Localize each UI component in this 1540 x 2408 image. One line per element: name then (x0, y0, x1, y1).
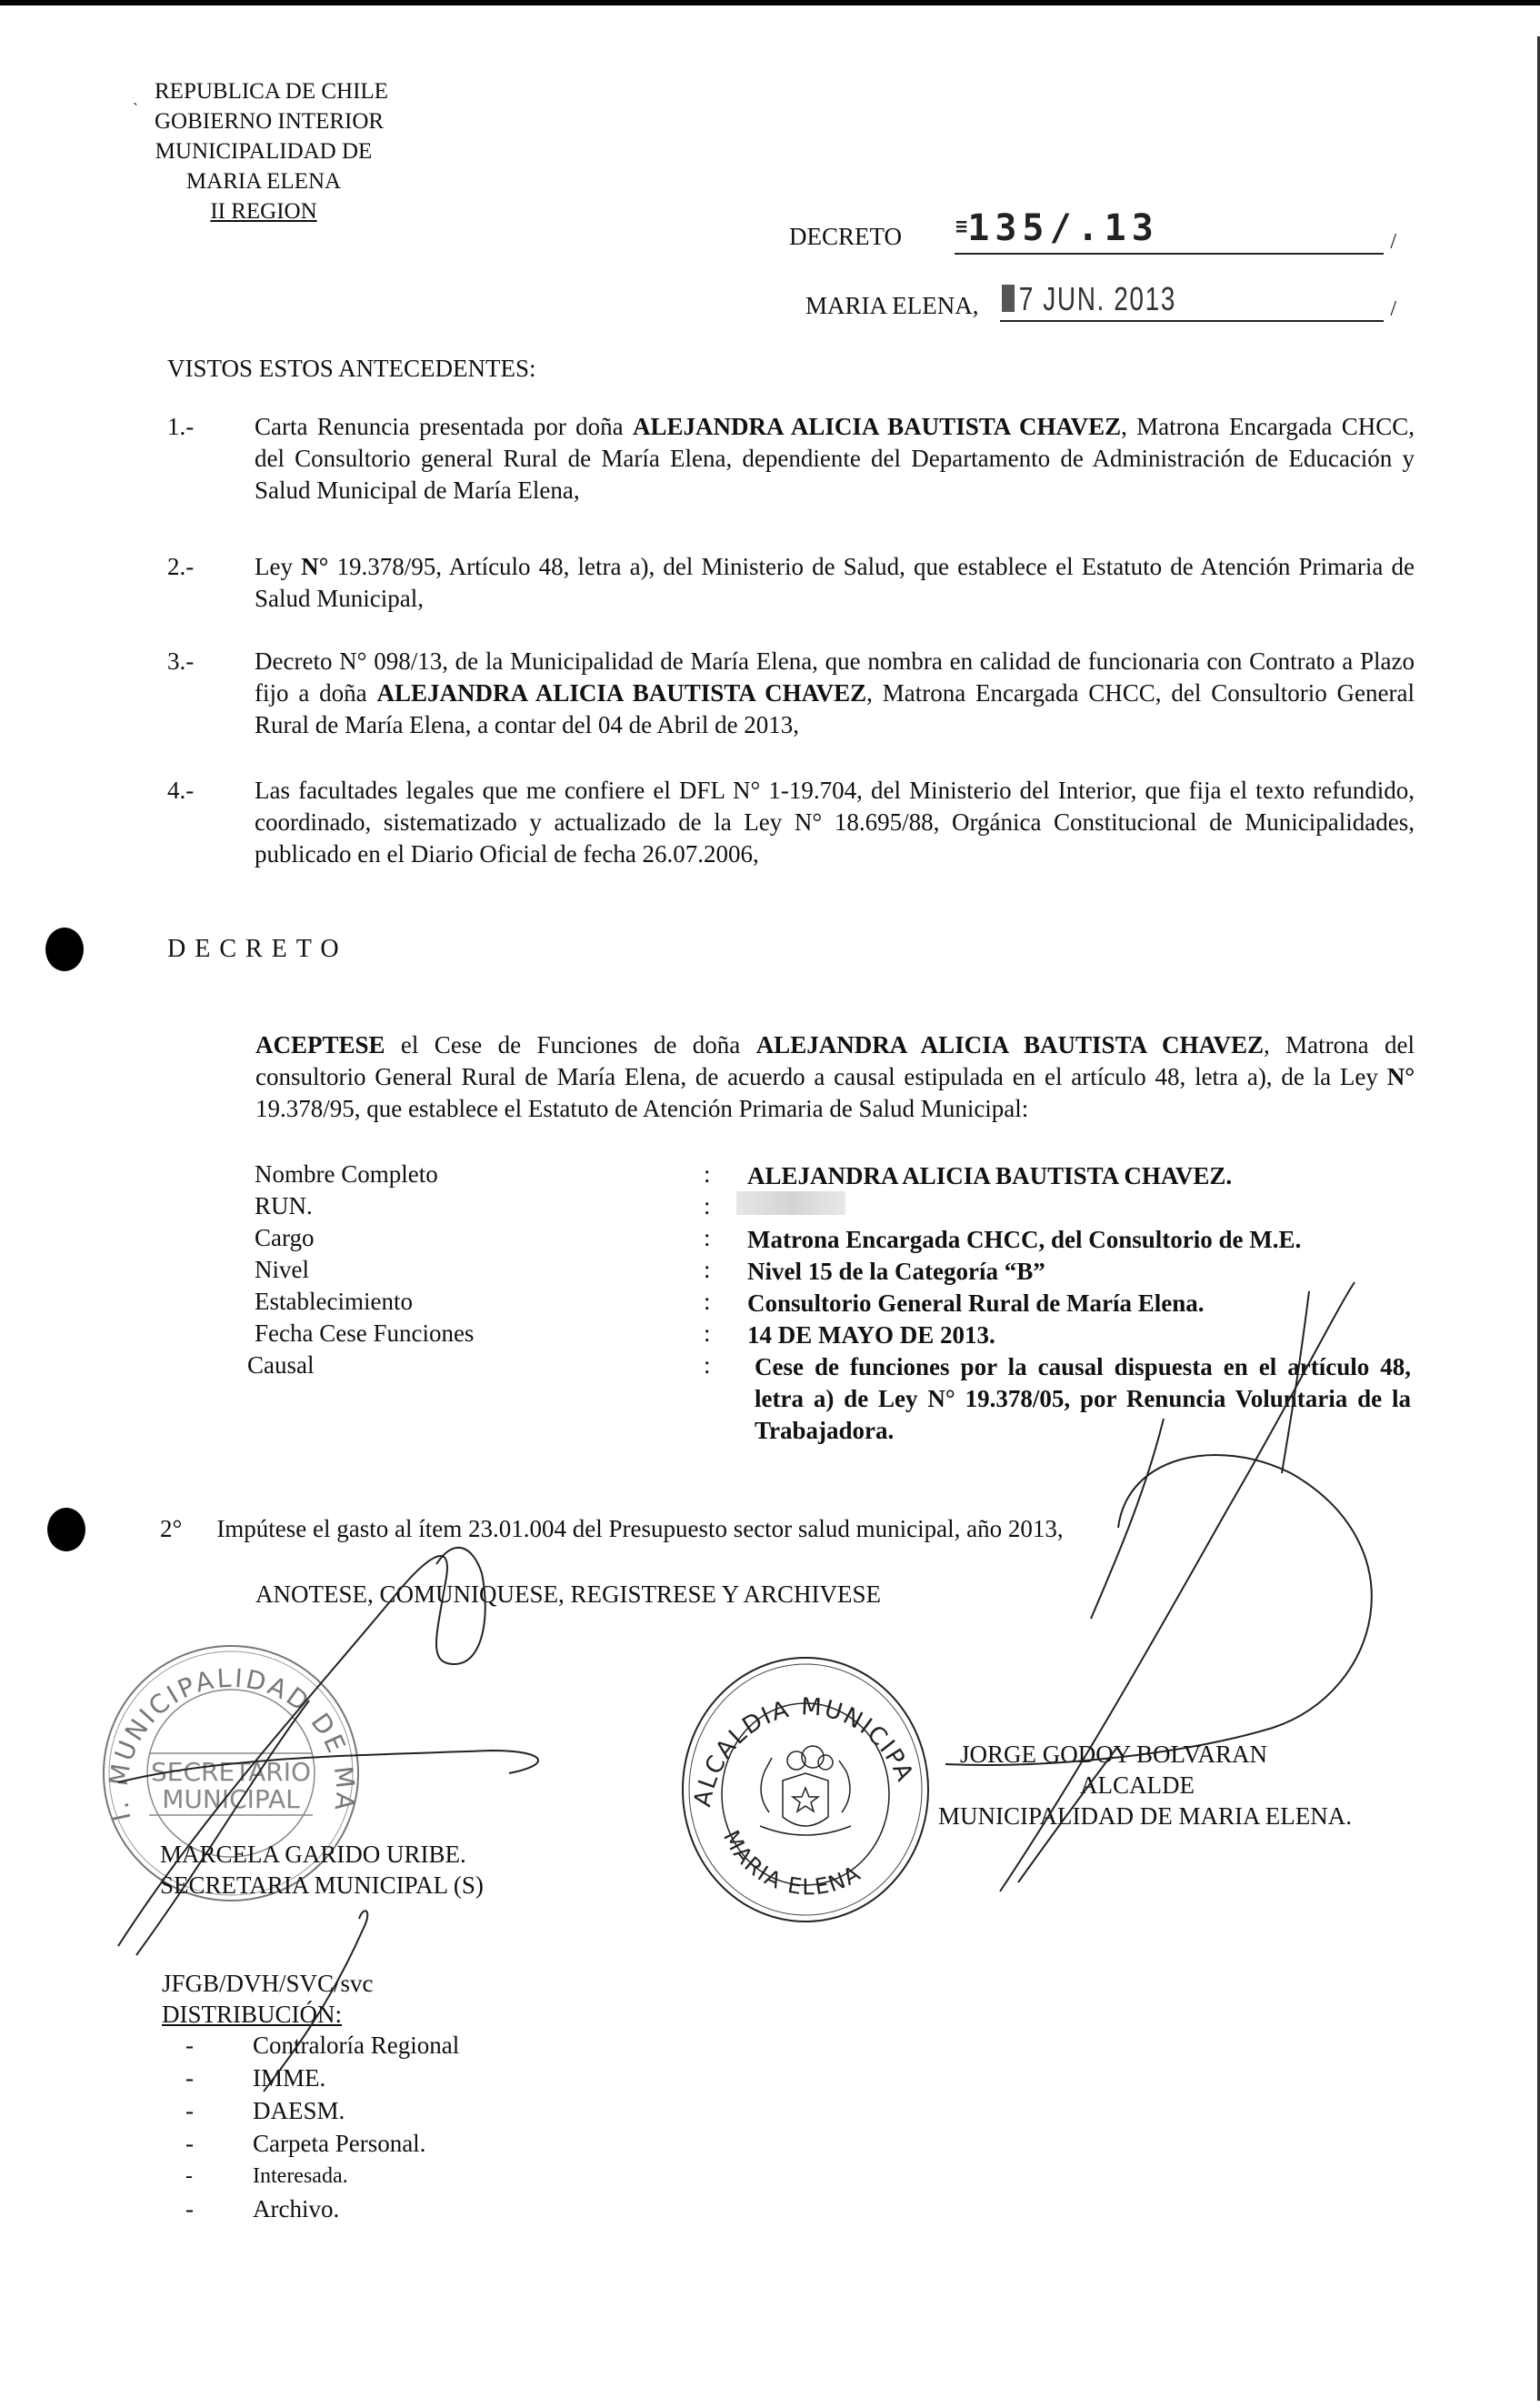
item-number: 1.- (167, 411, 194, 443)
mayor-organization: MUNICIPALIDAD DE MARIA ELENA. (938, 1801, 1411, 1831)
distribution-label: Carpeta Personal. (253, 2130, 425, 2157)
bold-text: ACEPTESE (255, 1031, 385, 1059)
text-run: Las facultades legales que me confiere e… (255, 777, 1415, 868)
distribution-label: IMME. (253, 2064, 325, 2092)
detail-row: Causal : Cese de funciones por la causal… (245, 1351, 1418, 1383)
bold-text: N° (1387, 1063, 1415, 1090)
drafter-initials: JFGB/DVH/SVC/svc (162, 1968, 459, 1999)
item-number: 3.- (167, 646, 194, 677)
decree-end-mark: / (1390, 230, 1396, 255)
references-block: JFGB/DVH/SVC/svc DISTRIBUCIÓN: -Contralo… (162, 1968, 459, 2226)
text-run: Carta Renuncia presentada por doña (255, 413, 633, 440)
scan-top-border (0, 0, 1540, 5)
item-number: 2.- (167, 551, 194, 583)
decree-number-stamp: ≡135/.13 (955, 207, 1159, 249)
separator: : (704, 1160, 711, 1189)
decreto-heading: DECRETO (167, 935, 348, 964)
scan-mark: ˋ (133, 100, 138, 119)
distribution-label: Contraloría Regional (253, 2032, 459, 2059)
svg-text:MUNICIPAL: MUNICIPAL (162, 1784, 300, 1814)
detail-row: Cargo : Matrona Encargada CHCC, del Cons… (245, 1224, 1418, 1256)
distribution-label: Interesada. (253, 2164, 348, 2188)
detail-value: Nivel 15 de la Categoría “B” (747, 1256, 1413, 1288)
acceptance-paragraph: ACEPTESE el Cese de Funciones de doña AL… (255, 1029, 1415, 1125)
detail-value: ALEJANDRA ALICIA BAUTISTA CHAVEZ. (747, 1160, 1413, 1192)
punch-hole-mark (47, 1508, 85, 1551)
secretary-title: SECRETARIA MUNICIPAL (S) (160, 1870, 484, 1901)
distribution-heading: DISTRIBUCIÓN: (162, 1999, 459, 2030)
detail-value: Matrona Encargada CHCC, del Consultorio … (747, 1224, 1413, 1256)
antecedent-item: 4.- Las facultades legales que me confie… (167, 775, 1415, 870)
place-label: MARIA ELENA, (805, 292, 979, 320)
mayor-seal-icon: ALCALDIA MUNICIPAL MARIA ELENA (669, 1653, 942, 1926)
svg-text:SECRETARIO: SECRETARIO (151, 1757, 311, 1787)
detail-row: Nivel : Nivel 15 de la Categoría “B” (245, 1256, 1418, 1288)
letterhead: REPUBLICA DE CHILE GOBIERNO INTERIOR MUN… (155, 76, 373, 226)
decree-number-line: DECRETO ≡135/.13 / (789, 209, 1396, 255)
text-run: 19.378/95, Artículo 48, letra a), del Mi… (255, 553, 1415, 612)
detail-label: Fecha Cese Funciones (255, 1319, 474, 1348)
svg-text:MARIA ELENA: MARIA ELENA (718, 1826, 865, 1900)
closing-formula: ANOTESE, COMUNIQUESE, REGISTRESE Y ARCHI… (255, 1580, 881, 1609)
date-underline (1000, 320, 1384, 322)
distribution-item: -DAESM. (162, 2095, 459, 2128)
detail-value: 14 DE MAYO DE 2013. (747, 1319, 1413, 1351)
separator: : (704, 1319, 711, 1348)
distribution-item: -Carpeta Personal. (162, 2128, 459, 2161)
vistos-heading: VISTOS ESTOS ANTECEDENTES: (167, 355, 536, 383)
detail-row: Fecha Cese Funciones : 14 DE MAYO DE 201… (245, 1319, 1418, 1351)
stamp-smudge (1002, 285, 1015, 312)
secretary-name: MARCELA GARIDO URIBE. (160, 1839, 484, 1870)
distribution-label: Archivo. (253, 2195, 339, 2222)
letterhead-region: II REGION (155, 196, 373, 226)
detail-label: Nivel (255, 1256, 309, 1284)
details-table: Nombre Completo : ALEJANDRA ALICIA BAUTI… (245, 1160, 1418, 1383)
detail-label: Establecimiento (255, 1288, 413, 1316)
detail-value: Cese de funciones por la causal dispuest… (755, 1351, 1411, 1447)
item-number: 4.- (167, 775, 194, 807)
detail-row: Establecimiento : Consultorio General Ru… (245, 1288, 1418, 1319)
letterhead-line: GOBIERNO INTERIOR (155, 106, 373, 136)
distribution-item: -Contraloría Regional (162, 2030, 459, 2062)
text-run: el Cese de Funciones de doña (385, 1031, 756, 1059)
detail-label: RUN. (255, 1192, 313, 1220)
date-end-mark: / (1390, 297, 1396, 322)
antecedent-item: 3.- Decreto N° 098/13, de la Municipalid… (167, 646, 1415, 741)
detail-label: Cargo (255, 1224, 315, 1252)
clause-number: 2° (160, 1515, 182, 1542)
bold-name: ALEJANDRA ALICIA BAUTISTA CHAVEZ (633, 413, 1121, 440)
item-text: Carta Renuncia presentada por doña ALEJA… (255, 411, 1415, 507)
text-run: Ley (255, 553, 301, 580)
letterhead-line: MUNICIPALIDAD DE (155, 136, 373, 166)
separator: : (704, 1288, 711, 1316)
distribution-list: -Contraloría Regional -IMME. -DAESM. -Ca… (162, 2030, 459, 2226)
mayor-name: JORGE GODOY BOLVARAN (960, 1739, 1411, 1770)
detail-label: Nombre Completo (255, 1160, 438, 1189)
text-run: 19.378/95, que establece el Estatuto de … (255, 1095, 1028, 1122)
separator: : (704, 1192, 711, 1220)
item-text: Decreto N° 098/13, de la Municipalidad d… (255, 646, 1415, 741)
mayor-title: ALCALDE (1080, 1770, 1411, 1801)
bold-text: N° (301, 553, 328, 580)
secretary-signature-block: MARCELA GARIDO URIBE. SECRETARIA MUNICIP… (160, 1839, 484, 1901)
distribution-item: -IMME. (162, 2062, 459, 2095)
separator: : (704, 1256, 711, 1284)
detail-row: Nombre Completo : ALEJANDRA ALICIA BAUTI… (245, 1160, 1418, 1192)
date-stamp: 7 JUN. 2013 (1002, 280, 1176, 318)
separator: : (704, 1224, 711, 1252)
coat-of-arms-icon (760, 1746, 851, 1835)
antecedent-item: 2.- Ley N° 19.378/95, Artículo 48, letra… (167, 551, 1415, 615)
mayor-signature-block: JORGE GODOY BOLVARAN ALCALDE MUNICIPALID… (938, 1739, 1411, 1831)
item-text: Las facultades legales que me confiere e… (255, 775, 1415, 870)
letterhead-line: REPUBLICA DE CHILE (155, 76, 373, 106)
detail-label: Causal (247, 1351, 315, 1380)
bold-name: ALEJANDRA ALICIA BAUTISTA CHAVEZ (376, 679, 866, 707)
antecedent-item: 1.- Carta Renuncia presentada por doña A… (167, 411, 1415, 507)
impute-clause: 2°Impútese el gasto al ítem 23.01.004 de… (160, 1515, 1064, 1543)
detail-value: Consultorio General Rural de María Elena… (747, 1288, 1413, 1319)
clause-text: Impútese el gasto al ítem 23.01.004 del … (216, 1515, 1063, 1542)
item-text: Ley N° 19.378/95, Artículo 48, letra a),… (255, 551, 1415, 615)
bold-name: ALEJANDRA ALICIA BAUTISTA CHAVEZ (756, 1031, 1264, 1059)
date-line: MARIA ELENA, 7 JUN. 2013 / (805, 273, 1396, 322)
separator: : (704, 1351, 711, 1380)
distribution-item: -Interesada. (162, 2161, 459, 2193)
distribution-item: -Archivo. (162, 2193, 459, 2226)
distribution-label: DAESM. (253, 2097, 345, 2124)
redacted-run (736, 1191, 845, 1215)
decree-label: DECRETO (789, 223, 902, 251)
punch-hole-mark (45, 928, 84, 971)
svg-text:ALCALDIA MUNICIPAL: ALCALDIA MUNICIPAL (669, 1653, 919, 1809)
letterhead-line: MARIA ELENA (155, 166, 373, 196)
decree-underline (955, 253, 1384, 255)
